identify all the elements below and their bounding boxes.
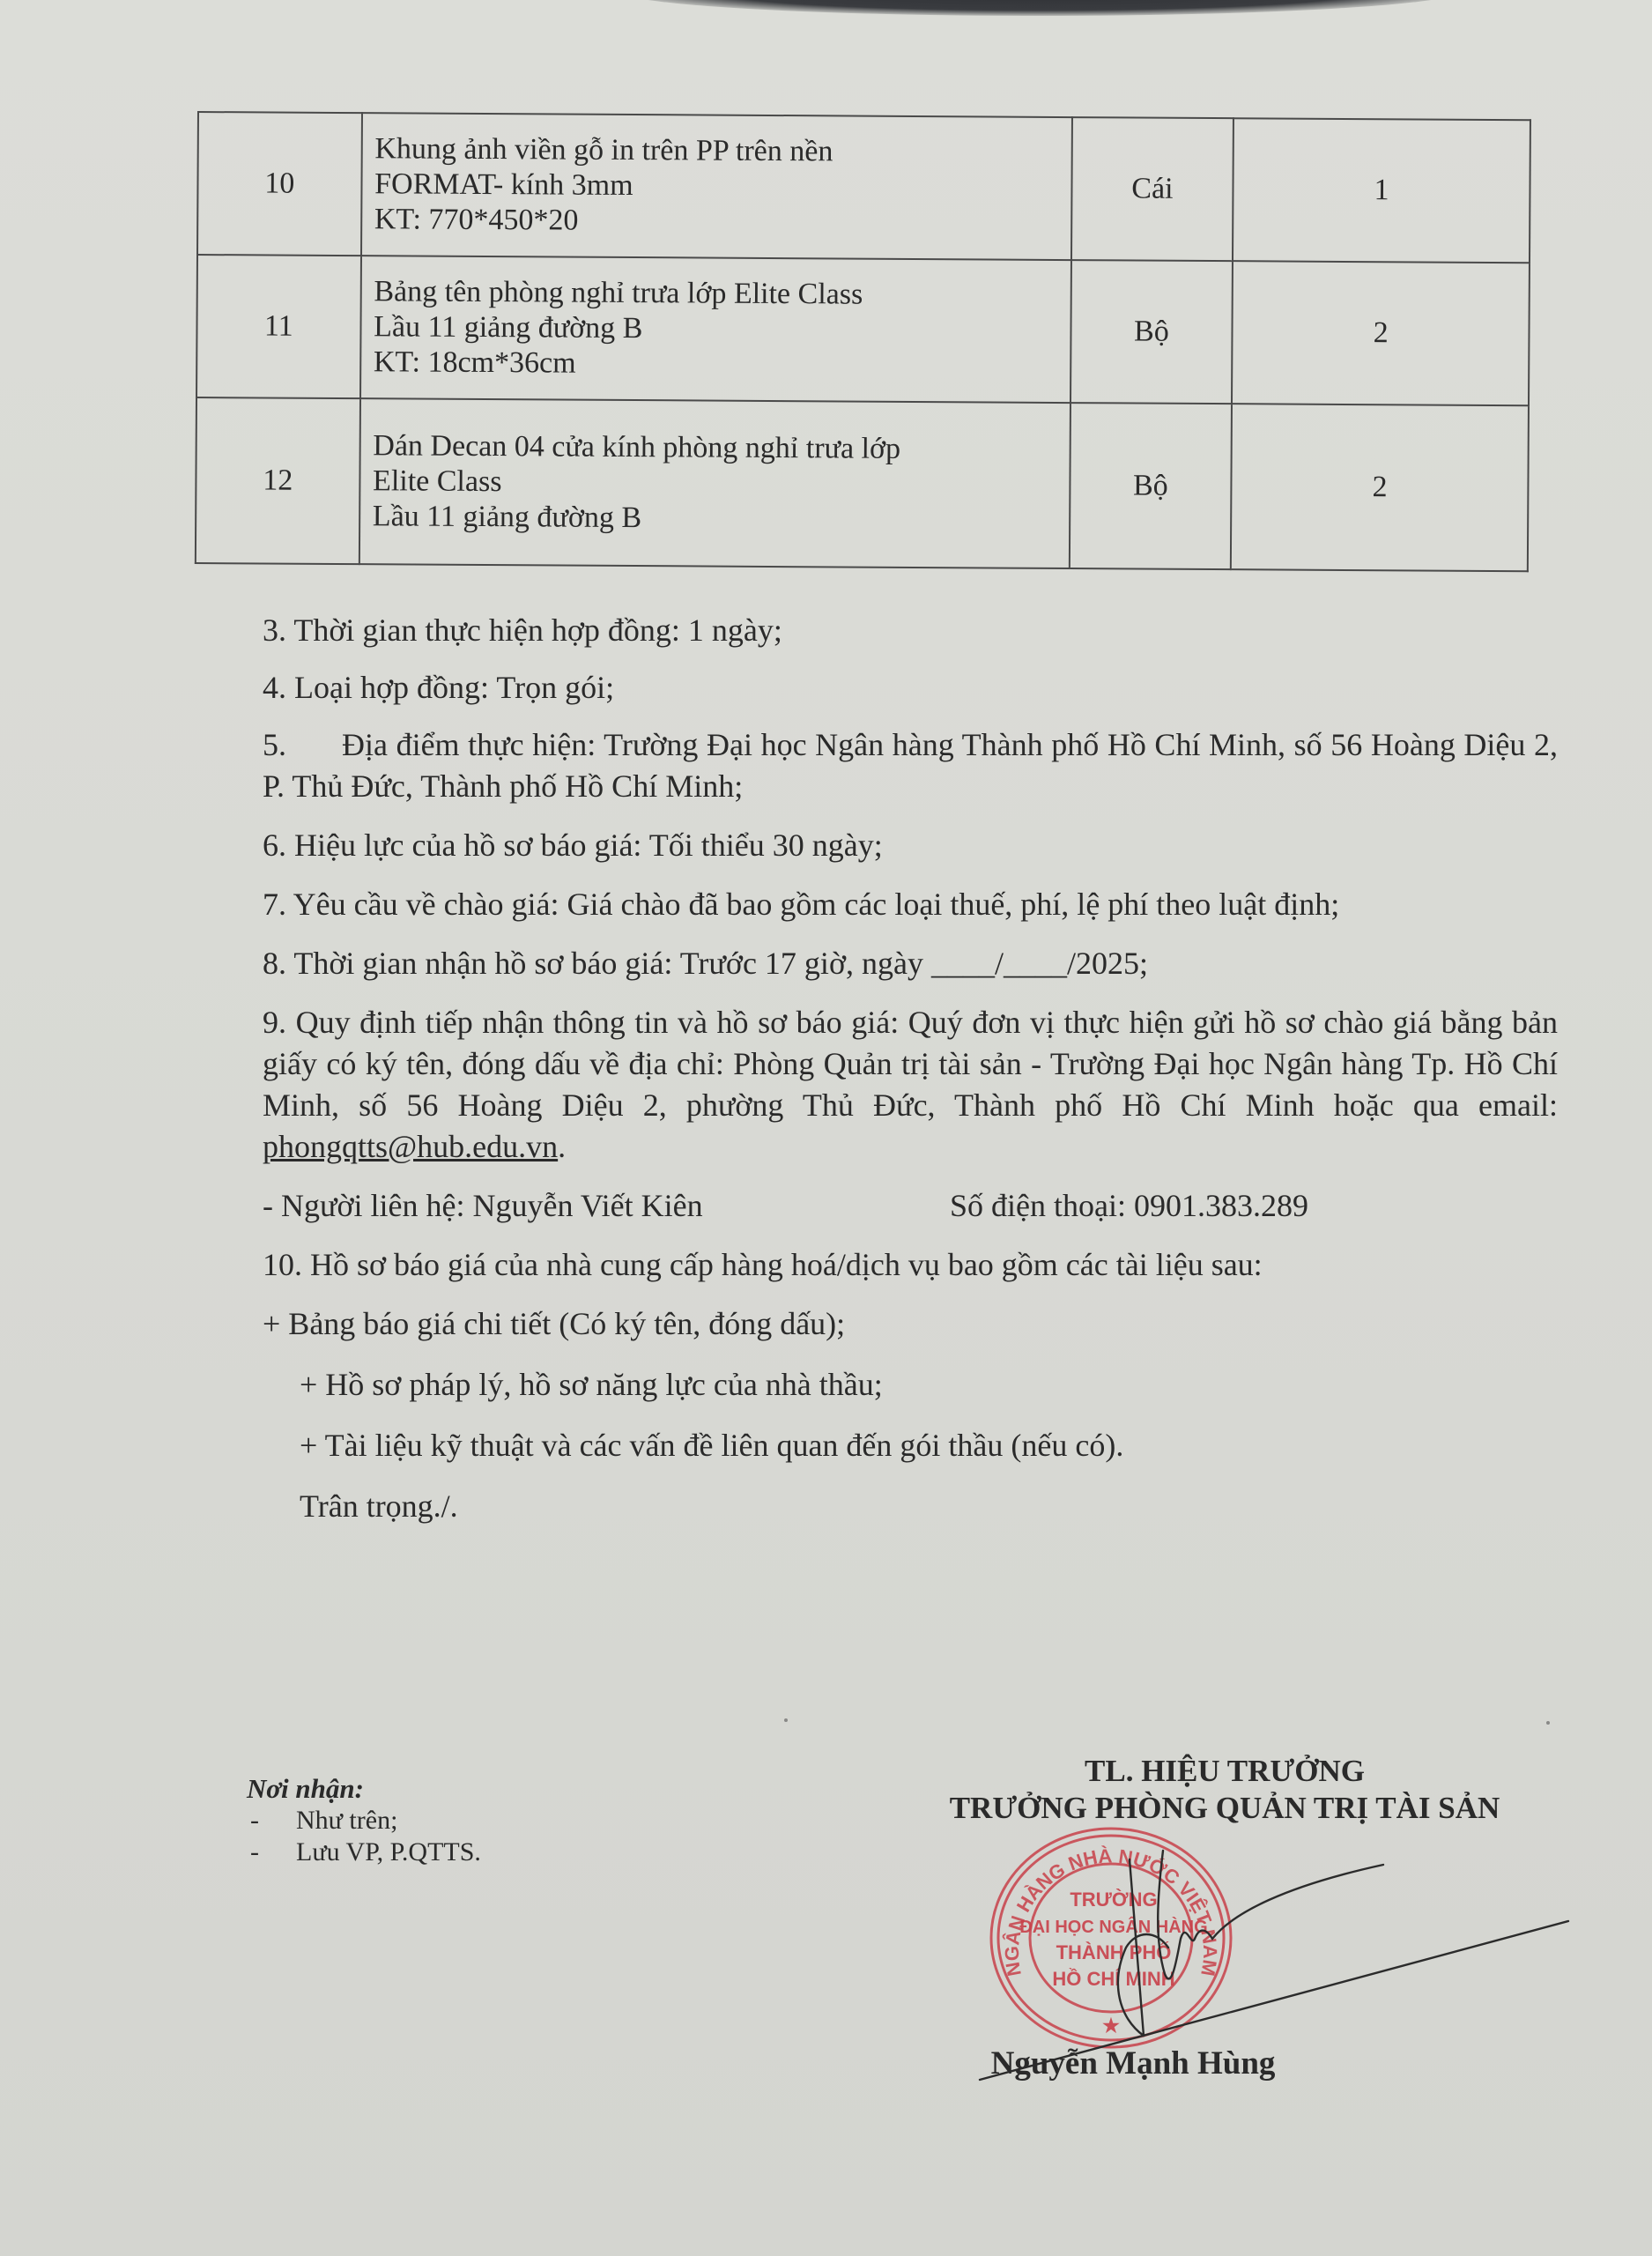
clause-9-end: .	[558, 1129, 566, 1164]
signature-title-2: TRƯỞNG PHÒNG QUẢN TRỊ TÀI SẢN	[872, 1789, 1577, 1828]
recipient-item: -Như trên;	[247, 1805, 481, 1837]
required-document-item: + Tài liệu kỹ thuật và các vấn đề liên q…	[263, 1425, 1558, 1466]
svg-text:THÀNH PHỐ: THÀNH PHỐ	[1056, 1941, 1172, 1963]
item-unit: Bộ	[1070, 260, 1233, 404]
clause-4: 4. Loại hợp đồng: Trọn gói;	[263, 667, 1558, 709]
contact-person: - Người liên hệ: Nguyễn Viết Kiên	[263, 1185, 950, 1227]
svg-text:TRƯỜNG: TRƯỜNG	[1070, 1889, 1157, 1911]
clause-6: 6. Hiệu lực của hồ sơ báo giá: Tối thiểu…	[263, 825, 1558, 866]
recipient-item: -Lưu VP, P.QTTS.	[247, 1837, 481, 1868]
description-line: Lầu 11 giảng đường B	[373, 499, 1056, 538]
item-number: 10	[197, 112, 362, 256]
item-quantity: 2	[1232, 261, 1530, 405]
recipient-label: Lưu VP, P.QTTS.	[296, 1837, 481, 1868]
description-line: KT: 770*450*20	[374, 202, 1058, 241]
recipient-label: Như trên;	[296, 1805, 397, 1837]
item-quantity: 1	[1233, 118, 1530, 263]
signature-block: TL. HIỆU TRƯỞNG TRƯỞNG PHÒNG QUẢN TRỊ TÀ…	[872, 1754, 1577, 1828]
item-unit: Bộ	[1070, 403, 1233, 569]
svg-text:NGÂN HÀNG NHÀ NƯỚC VIỆT NAM: NGÂN HÀNG NHÀ NƯỚC VIỆT NAM	[1001, 1844, 1221, 1978]
signatory-name: Nguyễn Mạnh Hùng	[872, 2044, 1394, 2082]
description-line: FORMAT- kính 3mm	[374, 167, 1058, 206]
item-description: Bảng tên phòng nghỉ trưa lớp Elite Class…	[360, 256, 1071, 403]
clause-7: 7. Yêu cầu về chào giá: Giá chào đã bao …	[263, 884, 1558, 925]
date-blank: ____/____	[931, 946, 1067, 981]
svg-text:★: ★	[1102, 2015, 1120, 2037]
signature-title-1: TL. HIỆU TRƯỞNG	[872, 1754, 1577, 1789]
description-line: Dán Decan 04 cửa kính phòng nghỉ trưa lớ…	[373, 428, 1056, 468]
document-page: 10 Khung ảnh viền gỗ in trên PP trên nền…	[0, 0, 1652, 2256]
table-row: 11 Bảng tên phòng nghỉ trưa lớp Elite Cl…	[196, 255, 1530, 405]
item-description: Khung ảnh viền gỗ in trên PP trên nền FO…	[361, 113, 1072, 260]
clause-5-number: 5.	[263, 724, 342, 766]
clause-3: 3. Thời gian thực hiện hợp đồng: 1 ngày;	[263, 610, 1558, 651]
item-number: 12	[196, 397, 360, 564]
email-link[interactable]: phongqtts@hub.edu.vn	[263, 1129, 558, 1164]
closing-remark: Trân trọng./.	[263, 1486, 1558, 1527]
description-line: Khung ảnh viền gỗ in trên PP trên nền	[374, 131, 1058, 171]
clause-9-text: 9. Quy định tiếp nhận thông tin và hồ sơ…	[263, 1005, 1558, 1123]
description-line: Bảng tên phòng nghỉ trưa lớp Elite Class	[374, 274, 1057, 314]
camera-shadow	[617, 0, 1463, 16]
clauses-section: 3. Thời gian thực hiện hợp đồng: 1 ngày;…	[263, 610, 1558, 1559]
recipients-title: Nơi nhận:	[247, 1773, 481, 1805]
clause-10: 10. Hồ sơ báo giá của nhà cung cấp hàng …	[263, 1244, 1558, 1286]
clause-8-year: /2025;	[1067, 946, 1148, 981]
description-line: KT: 18cm*36cm	[374, 345, 1057, 384]
contact-row: - Người liên hệ: Nguyễn Viết Kiên Số điệ…	[263, 1185, 1558, 1227]
contact-phone: Số điện thoại: 0901.383.289	[950, 1185, 1308, 1227]
items-table: 10 Khung ảnh viền gỗ in trên PP trên nền…	[195, 111, 1531, 572]
item-unit: Cái	[1071, 117, 1234, 261]
paper-speck	[1546, 1721, 1550, 1725]
item-description: Dán Decan 04 cửa kính phòng nghỉ trưa lớ…	[359, 398, 1070, 568]
official-seal-icon: NGÂN HÀNG NHÀ NƯỚC VIỆT NAM TRƯỜNG ĐẠI H…	[983, 1822, 1239, 2053]
clause-5: 5.Địa điểm thực hiện: Trường Đại học Ngâ…	[263, 724, 1558, 807]
table-row: 10 Khung ảnh viền gỗ in trên PP trên nền…	[197, 112, 1530, 263]
description-line: Lầu 11 giảng đường B	[374, 309, 1057, 349]
required-document-item: + Bảng báo giá chi tiết (Có ký tên, đóng…	[263, 1303, 1558, 1345]
clause-9: 9. Quy định tiếp nhận thông tin và hồ sơ…	[263, 1002, 1558, 1168]
item-number: 11	[196, 255, 361, 398]
clause-8-text: 8. Thời gian nhận hồ sơ báo giá: Trước 1…	[263, 946, 931, 981]
recipients-block: Nơi nhận: -Như trên; -Lưu VP, P.QTTS.	[247, 1773, 481, 1868]
paper-speck	[784, 1718, 788, 1722]
svg-text:ĐẠI HỌC NGÂN HÀNG: ĐẠI HỌC NGÂN HÀNG	[1019, 1916, 1207, 1937]
description-line: Elite Class	[373, 464, 1056, 503]
required-document-item: + Hồ sơ pháp lý, hồ sơ năng lực của nhà …	[263, 1364, 1558, 1406]
clause-5-text: Địa điểm thực hiện: Trường Đại học Ngân …	[263, 727, 1558, 804]
table-row: 12 Dán Decan 04 cửa kính phòng nghỉ trưa…	[196, 397, 1529, 571]
item-quantity: 2	[1231, 404, 1529, 571]
svg-text:HỒ CHÍ MINH: HỒ CHÍ MINH	[1052, 1968, 1174, 1990]
clause-8: 8. Thời gian nhận hồ sơ báo giá: Trước 1…	[263, 943, 1558, 984]
